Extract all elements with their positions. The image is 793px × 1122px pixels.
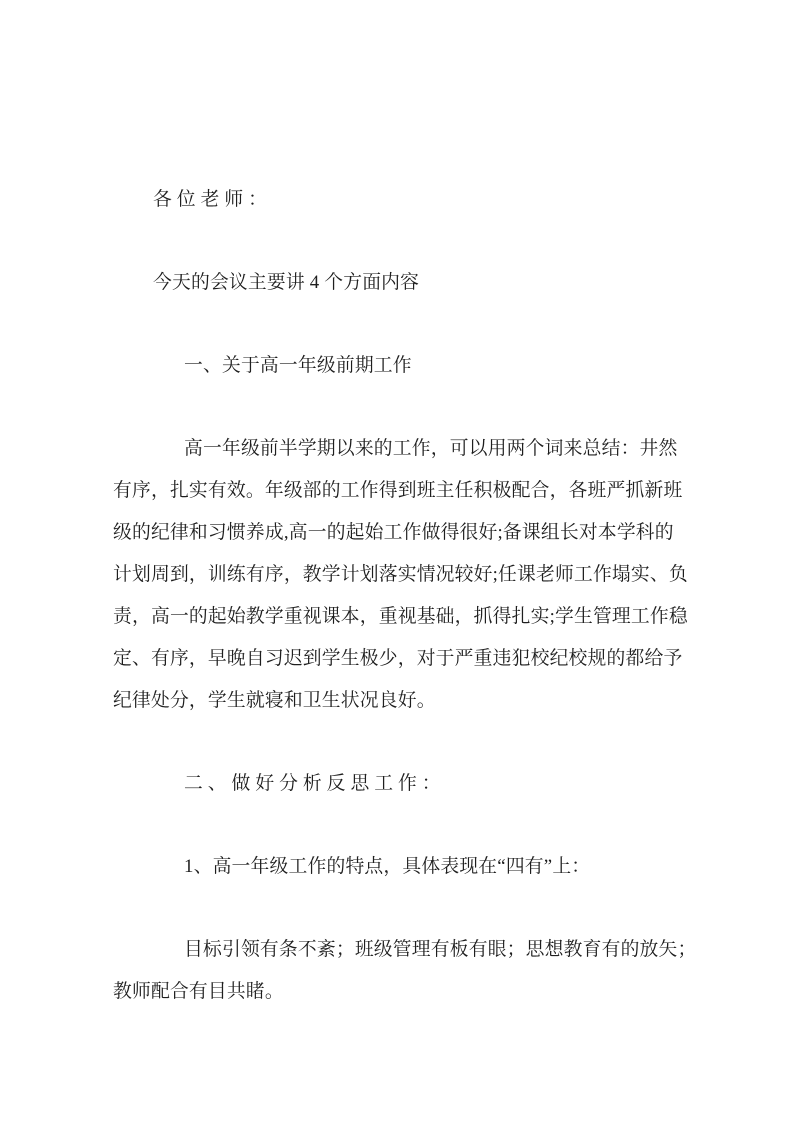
salutation-line: 各位老师： bbox=[113, 179, 677, 221]
para-1-line-2: 有序，扎实有效。年级部的工作得到班主任积极配合，各班严抓新班 bbox=[113, 470, 677, 512]
document-body: 各位老师： 今天的会议主要讲 4 个方面内容 一、关于高一年级前期工作 高一年级… bbox=[113, 179, 677, 1013]
para-1-line-7: 纪律处分，学生就寝和卫生状况良好。 bbox=[113, 680, 677, 722]
document-page: 各位老师： 今天的会议主要讲 4 个方面内容 一、关于高一年级前期工作 高一年级… bbox=[0, 0, 793, 1122]
para-1-line-3: 级的纪律和习惯养成,高一的起始工作做得很好;备课组长对本学科的 bbox=[113, 512, 677, 554]
para-2-line-1: 目标引领有条不紊；班级管理有板有眼；思想教育有的放矢； bbox=[113, 929, 677, 971]
para-1-line-1: 高一年级前半学期以来的工作，可以用两个词来总结：井然 bbox=[113, 428, 677, 470]
para-2-line-2: 教师配合有目共睹。 bbox=[113, 971, 677, 1013]
subheading-point-1: 1、高一年级工作的特点，具体表现在“四有”上： bbox=[113, 846, 677, 888]
para-1-line-6: 定、有序，早晚自习迟到学生极少，对于严重违犯校纪校规的都给予 bbox=[113, 638, 677, 680]
para-1-line-5: 责，高一的起始教学重视课本，重视基础，抓得扎实;学生管理工作稳 bbox=[113, 596, 677, 638]
para-1-line-4: 计划周到，训练有序，教学计划落实情况较好;任课老师工作塌实、负 bbox=[113, 554, 677, 596]
heading-section-2: 二、做好分析反思工作： bbox=[113, 763, 677, 805]
intro-line: 今天的会议主要讲 4 个方面内容 bbox=[113, 262, 677, 304]
heading-section-1: 一、关于高一年级前期工作 bbox=[113, 345, 677, 387]
